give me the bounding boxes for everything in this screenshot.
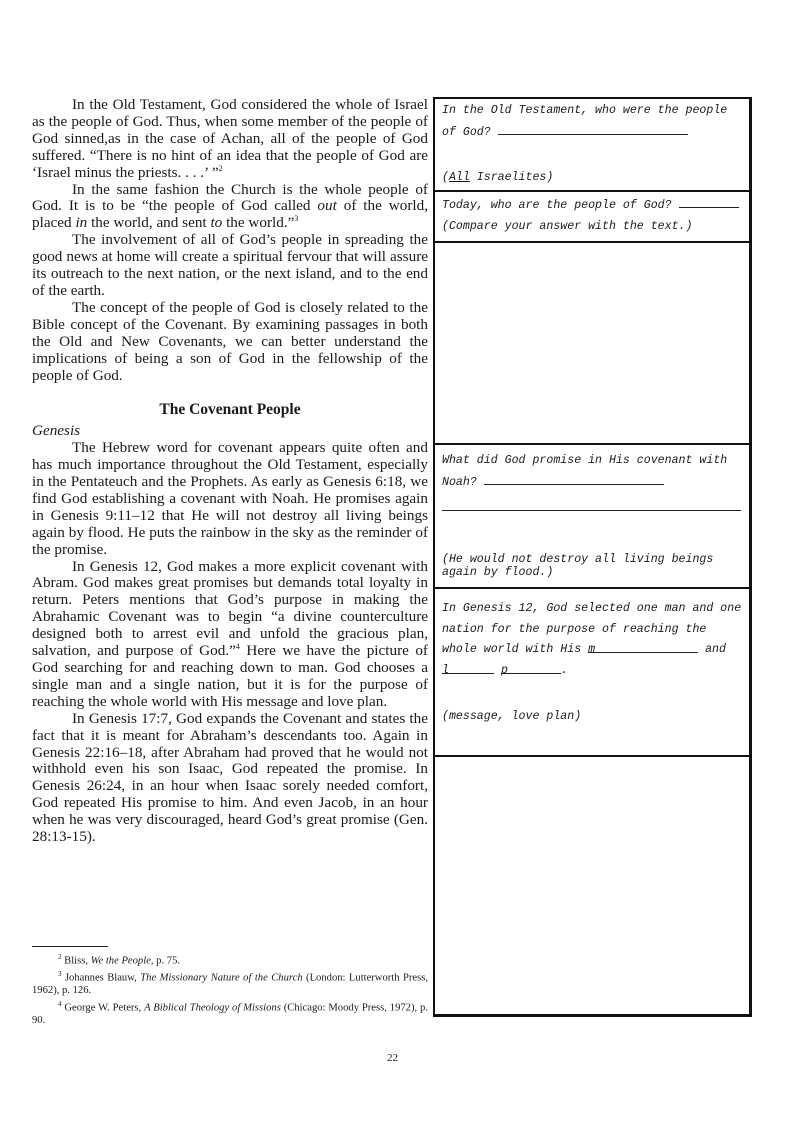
footnote: 4 George W. Peters, A Biblical Theology … xyxy=(32,998,428,1028)
answer-blank[interactable] xyxy=(498,122,688,135)
footnote-number: 3 xyxy=(58,970,62,978)
section-heading: The Covenant People xyxy=(32,402,428,419)
text: and xyxy=(705,643,726,656)
paragraph-text: In the Old Testament, God considered the… xyxy=(32,96,428,181)
answer-text: (message, love plan) xyxy=(442,707,581,728)
answer-blank[interactable] xyxy=(679,195,739,208)
answer-blank-m[interactable]: m xyxy=(588,640,698,653)
paragraph: In Genesis 12, God makes a more explicit… xyxy=(32,559,428,711)
answer-blank-l[interactable]: l xyxy=(442,661,494,674)
subheading: Genesis xyxy=(32,423,428,440)
footnote-ref: 3 xyxy=(294,214,298,223)
emphasis: in xyxy=(75,214,87,231)
question-box-1: In the Old Testament, who were the peopl… xyxy=(435,99,749,192)
footnote-number: 2 xyxy=(58,953,62,961)
emphasis: out xyxy=(317,197,336,214)
footnote: 3 Johannes Blauw, The Missionary Nature … xyxy=(32,968,428,998)
answer-blank[interactable] xyxy=(484,472,664,485)
footnote-ref: 2 xyxy=(219,164,223,173)
answer-text: (All Israelites) xyxy=(442,168,553,189)
answer-text: (He would not destroy all living beings … xyxy=(442,553,749,579)
paren: ( xyxy=(442,171,449,184)
paragraph: In the Old Testament, God considered the… xyxy=(32,97,428,182)
text: Johannes Blauw, xyxy=(65,973,140,984)
instruction-note: (Compare your answer with the text.) xyxy=(442,217,745,238)
text: Bliss, xyxy=(64,956,91,967)
emphasis: to xyxy=(210,214,222,231)
question-text: Today, who are the people of God? xyxy=(442,199,672,212)
citation-title: A Biblical Theology of Missions xyxy=(144,1002,281,1013)
footnote: 2 Bliss, We the People, p. 75. xyxy=(32,951,428,968)
answer-blank-p[interactable]: p xyxy=(501,661,561,674)
paragraph: In the same fashion the Church is the wh… xyxy=(32,182,428,233)
blank-box xyxy=(435,243,749,445)
question-box-4: In Genesis 12, God selected one man and … xyxy=(435,589,749,757)
answer-word: All xyxy=(449,171,470,184)
question-box-2: Today, who are the people of God? (Compa… xyxy=(435,192,749,243)
blank-box xyxy=(435,757,749,1014)
paragraph: The involvement of all of God’s people i… xyxy=(32,232,428,300)
paragraph: The Hebrew word for covenant appears qui… xyxy=(32,440,428,558)
text: , p. 75. xyxy=(151,956,180,967)
study-sidebar: In the Old Testament, who were the peopl… xyxy=(433,97,752,1017)
answer-blank-line[interactable] xyxy=(442,497,741,511)
footnotes: 2 Bliss, We the People, p. 75. 3 Johanne… xyxy=(32,946,428,1028)
question-box-3: What did God promise in His covenant wit… xyxy=(435,445,749,589)
paragraph: The concept of the people of God is clos… xyxy=(32,300,428,385)
text: . xyxy=(561,664,568,677)
footnote-rule xyxy=(32,946,108,947)
answer-word: Israelites) xyxy=(470,171,554,184)
blank-hint: m xyxy=(588,643,595,656)
page-number: 22 xyxy=(387,1052,398,1064)
blank-hint: l xyxy=(442,664,449,677)
citation-title: The Missionary Nature of the Church xyxy=(140,973,302,984)
text: the world, and sent xyxy=(87,214,210,231)
text: George W. Peters, xyxy=(64,1002,144,1013)
blank-hint: p xyxy=(501,664,508,677)
citation-title: We the People xyxy=(91,956,151,967)
main-text-column: In the Old Testament, God considered the… xyxy=(32,97,428,846)
text: the world.” xyxy=(222,214,294,231)
footnote-number: 4 xyxy=(58,1000,62,1008)
paragraph: In Genesis 17:7, God expands the Covenan… xyxy=(32,711,428,846)
